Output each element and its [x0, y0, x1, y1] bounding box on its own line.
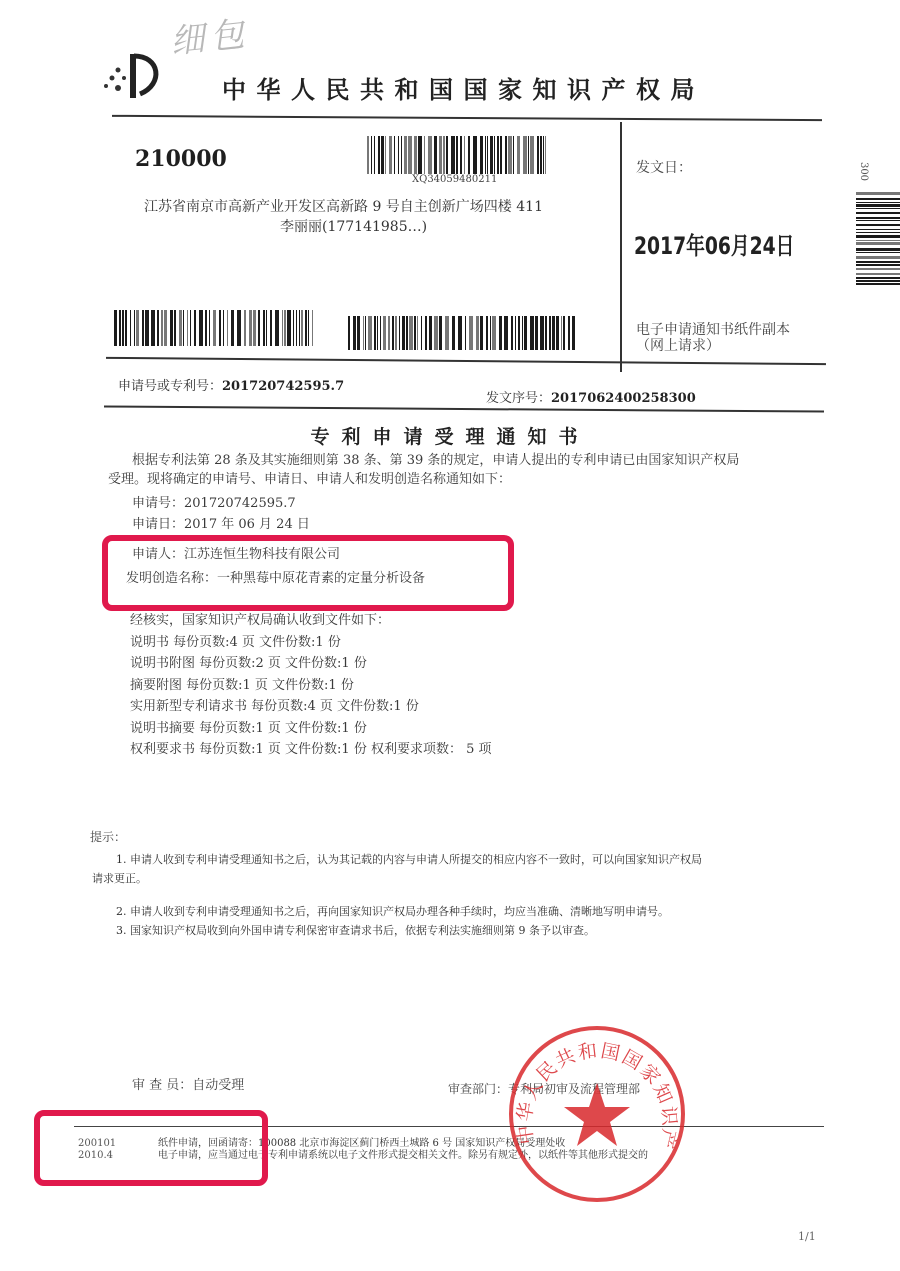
recipient-address: 江苏省南京市高新产业开发区高新路 9 号自主创新广场四楼 411	[144, 196, 543, 216]
application-patent-number-value: 201720742595.7	[222, 379, 344, 394]
intro-line-1: 根据专利法第 28 条及其实施细则第 38 条、第 39 条的规定，申请人提出的…	[132, 451, 822, 471]
received-file-row: 说明书 每份页数:4 页 文件份数:1 份	[130, 632, 492, 654]
dispatch-serial-value: 2017062400258300	[551, 391, 696, 406]
application-date-label: 申请日：	[132, 517, 184, 532]
send-date-label: 发文日：	[636, 157, 692, 177]
side-barcode-number: 300	[858, 162, 869, 181]
application-date-value: 2017 年 06 月 24 日	[184, 517, 310, 532]
tip-2: 2. 申请人收到专利申请受理通知书之后，再向国家知识产权局办理各种手续时，均应当…	[92, 902, 822, 921]
application-number: 申请号：201720742595.7	[132, 494, 296, 514]
examiner-label: 审 查 员：	[132, 1078, 192, 1093]
notice-title: 专利申请受理通知书	[0, 422, 900, 449]
left-barcode	[114, 310, 314, 346]
side-barcode	[856, 192, 900, 288]
examiner-value: 自动受理	[192, 1078, 244, 1093]
department-label: 审查部门：	[448, 1082, 508, 1096]
agency-name: 中华人民共和国国家知识产权局	[222, 70, 705, 105]
application-patent-number: 申请号或专利号：201720742595.7	[118, 375, 344, 394]
intro-line-2: 受理。现将确定的申请号、申请日、申请人和发明创造名称通知如下：	[108, 470, 511, 490]
middle-barcode	[348, 316, 576, 350]
tracking-barcode	[367, 136, 555, 174]
official-seal-icon: 中华人民共和国国家知识产权局	[506, 1023, 688, 1205]
application-patent-number-label: 申请号或专利号：	[118, 379, 222, 394]
barcode-rule	[106, 357, 826, 365]
page-number: 1/1	[798, 1230, 816, 1243]
received-file-row: 实用新型专利请求书 每份页数:4 页 文件份数:1 份	[130, 696, 492, 718]
tip-3: 3. 国家知识产权局收到向外国申请专利保密审查请求书后，依据专利法实施细则第 9…	[92, 921, 822, 940]
dispatch-serial: 发文序号：2017062400258300	[486, 387, 696, 406]
recipient-contact: 李丽丽(177141985…)	[280, 216, 427, 236]
tips-label: 提示：	[90, 828, 126, 845]
application-date: 申请日：2017 年 06 月 24 日	[132, 515, 310, 535]
highlight-applicant-box	[102, 535, 514, 611]
copy-note: 电子申请通知书纸件副本（网上请求）	[636, 322, 796, 354]
handwritten-note: 细包	[168, 6, 253, 63]
tip-1: 1. 申请人收到专利申请受理通知书之后，认为其记载的内容与申请人所提交的相应内容…	[92, 850, 822, 869]
received-file-row: 说明书附图 每份页数:2 页 文件份数:1 份	[130, 653, 492, 675]
highlight-footer-code-box	[34, 1110, 268, 1186]
tip-1-cont: 请求更正。	[92, 869, 822, 888]
examiner: 审 查 员：自动受理	[132, 1074, 244, 1093]
received-file-row: 权利要求书 每份页数:1 页 文件份数:1 份 权利要求项数： 5 项	[130, 739, 492, 761]
postal-code: 210000	[135, 146, 227, 172]
tracking-barcode-text: XQ34059480211	[412, 174, 497, 185]
received-files: 经核实，国家知识产权局确认收到文件如下： 说明书 每份页数:4 页 文件份数:1…	[130, 610, 492, 761]
received-file-row: 摘要附图 每份页数:1 页 文件份数:1 份	[130, 675, 492, 697]
received-file-row: 说明书摘要 每份页数:1 页 文件份数:1 份	[130, 718, 492, 740]
cnipa-logo-icon	[100, 48, 166, 104]
tips: 1. 申请人收到专利申请受理通知书之后，认为其记载的内容与申请人所提交的相应内容…	[92, 850, 822, 940]
header-rule	[112, 115, 822, 121]
dispatch-serial-label: 发文序号：	[486, 391, 551, 406]
received-intro: 经核实，国家知识产权局确认收到文件如下：	[130, 610, 492, 632]
send-date: 2017年06月24日	[634, 226, 794, 261]
application-number-label: 申请号：	[132, 496, 184, 511]
application-number-value: 201720742595.7	[184, 496, 296, 511]
header-divider	[620, 122, 622, 372]
title-rule	[104, 405, 824, 412]
